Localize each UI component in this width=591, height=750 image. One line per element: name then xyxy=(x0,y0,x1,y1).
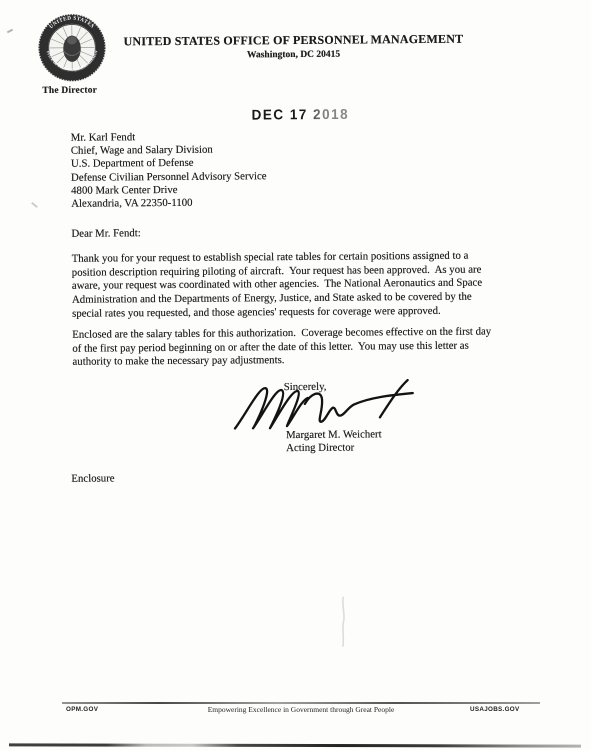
scanned-letter-page: UNITED STATES OFFICE OF PERSONNEL MANAGE… xyxy=(0,0,591,750)
recipient-line: Alexandria, VA 22350-1100 xyxy=(71,196,267,211)
recipient-address-block: Mr. Karl Fendt Chief, Wage and Salary Di… xyxy=(71,130,267,211)
director-label: The Director xyxy=(42,86,97,96)
body-paragraph-2: Enclosed are the salary tables for this … xyxy=(72,325,491,369)
footer-usajobs-gov-label: USAJOBS.GOV xyxy=(470,706,520,713)
date-stamp: DEC 17 2018 xyxy=(251,106,349,123)
enclosure-notation: Enclosure xyxy=(71,472,114,484)
body-line: authority to make the necessary pay adju… xyxy=(72,353,491,370)
signer-name: Margaret M. Weichert xyxy=(286,428,382,441)
salutation: Dear Mr. Fendt: xyxy=(71,227,140,240)
footer-motto: Empowering Excellence in Government thro… xyxy=(62,705,540,714)
handwritten-signature xyxy=(229,376,421,436)
recipient-line: Defense Civilian Personnel Advisory Serv… xyxy=(71,170,267,185)
scan-smudge-artifact xyxy=(338,596,348,648)
body-paragraph-1: Thank you for your request to establish … xyxy=(72,250,483,322)
footer-divider xyxy=(62,702,540,704)
letter-content: UNITED STATES OFFICE OF PERSONNEL MANAGE… xyxy=(0,0,591,750)
body-line: special rates you requested, and those a… xyxy=(72,304,482,321)
signer-title: Acting Director xyxy=(286,442,354,455)
